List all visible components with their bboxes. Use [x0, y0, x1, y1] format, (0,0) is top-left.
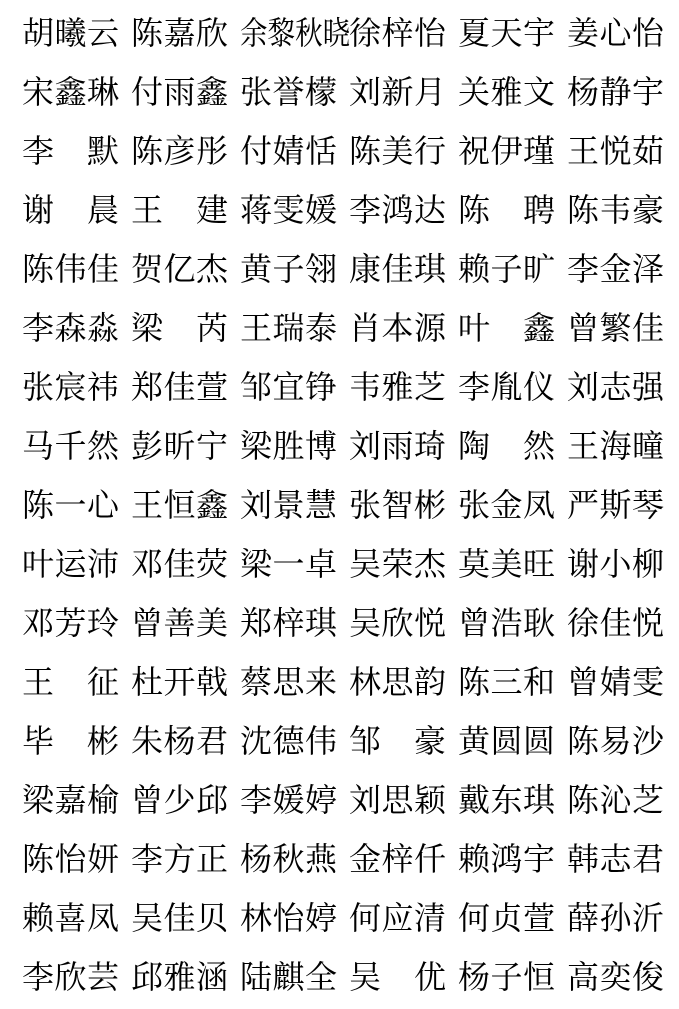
name-character: 鸿	[381, 194, 413, 226]
name-character: 少	[163, 784, 195, 816]
name-character: 彭	[131, 430, 163, 462]
name-character: 默	[87, 135, 119, 167]
name-character: 旺	[523, 548, 555, 580]
name-character: 陈	[458, 194, 490, 226]
name-cell: 莫美旺	[458, 548, 555, 580]
name-cell: 吴优	[349, 961, 446, 993]
name-cell: 朱杨君	[131, 725, 228, 757]
name-character: 张	[240, 76, 272, 108]
name-character: 茹	[632, 135, 664, 167]
name-character: 德	[272, 725, 304, 757]
name-character: 子	[490, 253, 522, 285]
name-character: 何	[349, 902, 381, 934]
name-character: 康	[349, 253, 381, 285]
name-cell: 邱雅涵	[131, 961, 228, 993]
name-character: 王	[131, 194, 163, 226]
name-character: 王	[567, 135, 599, 167]
name-character: 胤	[490, 371, 522, 403]
name-character: 金	[599, 253, 631, 285]
name-character: 金	[349, 843, 381, 875]
name-cell: 王悦茹	[567, 135, 664, 167]
name-character: 婧	[272, 135, 304, 167]
name-character: 韵	[414, 666, 446, 698]
name-character: 佳	[163, 371, 195, 403]
name-character: 邹	[349, 725, 381, 757]
name-character: 吴	[349, 607, 381, 639]
name-cell: 肖本源	[349, 312, 446, 344]
name-cell: 李鸿达	[349, 194, 446, 226]
name-character: 陈	[131, 135, 163, 167]
name-character: 李	[131, 843, 163, 875]
name-cell: 张智彬	[349, 489, 446, 521]
name-cell: 高奕俊	[567, 961, 664, 993]
name-character: 祝	[458, 135, 490, 167]
name-cell: 陈易沙	[567, 725, 664, 757]
name-cell: 李欣芸	[22, 961, 119, 993]
name-character: 晓	[323, 17, 351, 49]
name-character: 马	[22, 430, 54, 462]
name-character: 开	[163, 666, 195, 698]
name-character: 婧	[599, 666, 631, 698]
name-character: 梁	[131, 312, 163, 344]
name-cell: 杨静宇	[567, 76, 664, 108]
name-character: 佳	[163, 548, 195, 580]
name-cell: 陆麒全	[240, 961, 337, 993]
name-character: 曈	[632, 430, 664, 462]
name-character: 梁	[22, 784, 54, 816]
name-character: 誉	[272, 76, 304, 108]
name-character: 子	[272, 253, 304, 285]
name-character: 子	[490, 961, 522, 993]
name-cell: 吴荣杰	[349, 548, 446, 580]
name-cell: 张宸祎	[22, 371, 119, 403]
name-character: 佳	[632, 312, 664, 344]
name-character: 黄	[458, 725, 490, 757]
name-character: 思	[272, 666, 304, 698]
name-character: 李	[240, 784, 272, 816]
name-cell: 陈沁芝	[567, 784, 664, 816]
name-character: 陈	[458, 666, 490, 698]
name-cell: 陈伟佳	[22, 253, 119, 285]
name-cell: 徐佳悦	[567, 607, 664, 639]
name-cell: 赖喜凤	[22, 902, 119, 934]
name-character: 悦	[632, 607, 664, 639]
name-character: 怡	[414, 17, 446, 49]
name-character: 媛	[305, 194, 337, 226]
name-cell: 祝伊瑾	[458, 135, 555, 167]
name-character: 叶	[22, 548, 54, 580]
name-character: 赖	[458, 253, 490, 285]
name-character: 瑞	[272, 312, 304, 344]
name-character: 徐	[567, 607, 599, 639]
name-character: 怡	[272, 902, 304, 934]
name-character: 征	[87, 666, 119, 698]
name-character: 鑫	[523, 312, 555, 344]
name-character: 易	[599, 725, 631, 757]
name-character: 刘	[349, 784, 381, 816]
name-character: 小	[599, 548, 631, 580]
name-character: 邱	[196, 784, 228, 816]
name-character: 雯	[632, 666, 664, 698]
name-character: 王	[131, 489, 163, 521]
name-character: 张	[22, 371, 54, 403]
name-character: 沂	[632, 902, 664, 934]
name-character: 邓	[22, 607, 54, 639]
name-cell: 王海曈	[567, 430, 664, 462]
name-character: 鑫	[196, 76, 228, 108]
name-character: 李	[22, 312, 54, 344]
name-character: 黎	[268, 17, 296, 49]
name-cell: 李默	[22, 135, 119, 167]
name-character: 荣	[381, 548, 413, 580]
name-character: 李	[349, 194, 381, 226]
name-character: 李	[22, 961, 54, 993]
name-cell: 余黎秋晓	[240, 17, 350, 49]
name-cell: 杜开戟	[131, 666, 228, 698]
name-character: 邹	[240, 371, 272, 403]
name-character: 嘉	[54, 784, 86, 816]
name-character: 秋	[272, 843, 304, 875]
name-character: 芝	[632, 784, 664, 816]
name-character: 琪	[523, 784, 555, 816]
name-character: 梁	[240, 430, 272, 462]
name-cell: 陈彦彤	[131, 135, 228, 167]
name-character: 美	[381, 135, 413, 167]
name-cell: 陈美行	[349, 135, 446, 167]
name-character: 韦	[349, 371, 381, 403]
name-character: 怡	[54, 843, 86, 875]
name-character: 杨	[240, 843, 272, 875]
name-cell: 曾善美	[131, 607, 228, 639]
name-cell: 陈一心	[22, 489, 119, 521]
name-character: 檬	[305, 76, 337, 108]
name-cell: 梁胜博	[240, 430, 337, 462]
name-cell: 梁一卓	[240, 548, 337, 580]
name-character: 天	[490, 17, 522, 49]
name-cell: 刘志强	[567, 371, 664, 403]
name-cell: 李方正	[131, 843, 228, 875]
name-character: 谢	[567, 548, 599, 580]
name-character: 达	[414, 194, 446, 226]
name-character: 昕	[163, 430, 195, 462]
name-character: 莫	[458, 548, 490, 580]
name-character: 雨	[381, 430, 413, 462]
name-character: 郑	[240, 607, 272, 639]
name-character: 沁	[599, 784, 631, 816]
name-character: 柳	[632, 548, 664, 580]
name-character: 雅	[490, 76, 522, 108]
name-character: 金	[490, 489, 522, 521]
name-character: 梁	[240, 548, 272, 580]
name-cell: 邹豪	[349, 725, 446, 757]
name-character: 美	[196, 607, 228, 639]
name-cell: 谢小柳	[567, 548, 664, 580]
name-cell: 陈韦豪	[567, 194, 664, 226]
name-character: 君	[632, 843, 664, 875]
name-character: 宋	[22, 76, 54, 108]
name-character: 赖	[458, 843, 490, 875]
name-character: 思	[381, 666, 413, 698]
name-character: 梓	[272, 607, 304, 639]
name-character: 刘	[240, 489, 272, 521]
name-character: 陈	[131, 17, 163, 49]
name-character: 然	[87, 430, 119, 462]
name-character: 徐	[349, 17, 381, 49]
name-cell: 张金凤	[458, 489, 555, 521]
name-cell: 刘新月	[349, 76, 446, 108]
name-cell: 黄子翎	[240, 253, 337, 285]
name-character: 肖	[349, 312, 381, 344]
name-character: 燕	[305, 843, 337, 875]
name-cell: 曾婧雯	[567, 666, 664, 698]
name-character: 关	[458, 76, 490, 108]
name-character: 宁	[196, 430, 228, 462]
name-character: 颖	[414, 784, 446, 816]
name-cell: 王恒鑫	[131, 489, 228, 521]
name-cell: 梁芮	[131, 312, 228, 344]
name-cell: 付婧恬	[240, 135, 337, 167]
name-grid: 胡曦云陈嘉欣余黎秋晓徐梓怡夏天宇姜心怡宋鑫琳付雨鑫张誉檬刘新月关雅文杨静宇李默陈…	[0, 0, 679, 1006]
name-character: 欣	[54, 961, 86, 993]
name-cell: 严斯琴	[567, 489, 664, 521]
name-character: 欣	[381, 607, 413, 639]
name-character: 余	[240, 17, 268, 49]
name-character: 李	[22, 135, 54, 167]
name-cell: 马千然	[22, 430, 119, 462]
name-character: 杨	[567, 76, 599, 108]
name-cell: 刘雨琦	[349, 430, 446, 462]
name-cell: 康佳琪	[349, 253, 446, 285]
name-character: 梓	[381, 17, 413, 49]
name-character: 怡	[632, 17, 664, 49]
name-cell: 姜心怡	[567, 17, 664, 49]
name-character: 善	[163, 607, 195, 639]
name-character: 姜	[567, 17, 599, 49]
name-cell: 林怡婷	[240, 902, 337, 934]
name-character: 张	[349, 489, 381, 521]
name-character: 玲	[87, 607, 119, 639]
name-character: 斯	[599, 489, 631, 521]
name-cell: 王瑞泰	[240, 312, 337, 344]
name-character: 思	[381, 784, 413, 816]
name-character: 卓	[305, 548, 337, 580]
name-cell: 陈怡妍	[22, 843, 119, 875]
name-character: 志	[599, 371, 631, 403]
name-character: 鸿	[490, 843, 522, 875]
name-character: 云	[87, 17, 119, 49]
name-character: 欣	[196, 17, 228, 49]
name-character: 陈	[22, 253, 54, 285]
name-cell: 郑佳萱	[131, 371, 228, 403]
name-cell: 陶然	[458, 430, 555, 462]
name-cell: 沈德伟	[240, 725, 337, 757]
name-character: 宇	[523, 17, 555, 49]
name-cell: 胡曦云	[22, 17, 119, 49]
name-character: 月	[414, 76, 446, 108]
name-character: 浩	[490, 607, 522, 639]
name-character: 雅	[381, 371, 413, 403]
name-cell: 黄圆圆	[458, 725, 555, 757]
name-character: 志	[599, 843, 631, 875]
name-character: 雯	[272, 194, 304, 226]
name-character: 琦	[414, 430, 446, 462]
name-cell: 付雨鑫	[131, 76, 228, 108]
name-character: 方	[163, 843, 195, 875]
name-character: 佳	[381, 253, 413, 285]
name-character: 佳	[163, 902, 195, 934]
name-character: 静	[599, 76, 631, 108]
name-character: 俊	[632, 961, 664, 993]
name-character: 郑	[131, 371, 163, 403]
name-character: 仪	[523, 371, 555, 403]
name-character: 雨	[163, 76, 195, 108]
name-cell: 徐梓怡	[349, 17, 446, 49]
name-character: 本	[381, 312, 413, 344]
name-character: 彬	[87, 725, 119, 757]
name-list-document: 胡曦云陈嘉欣余黎秋晓徐梓怡夏天宇姜心怡宋鑫琳付雨鑫张誉檬刘新月关雅文杨静宇李默陈…	[0, 0, 679, 1006]
name-character: 正	[196, 843, 228, 875]
name-character: 运	[54, 548, 86, 580]
name-character: 应	[381, 902, 413, 934]
name-character: 彬	[414, 489, 446, 521]
name-character: 伟	[54, 253, 86, 285]
name-cell: 关雅文	[458, 76, 555, 108]
name-cell: 邹宜铮	[240, 371, 337, 403]
name-character: 东	[490, 784, 522, 816]
name-character: 泽	[632, 253, 664, 285]
name-cell: 韩志君	[567, 843, 664, 875]
name-cell: 薛孙沂	[567, 902, 664, 934]
name-character: 琴	[632, 489, 664, 521]
name-character: 刘	[567, 371, 599, 403]
name-cell: 张誉檬	[240, 76, 337, 108]
name-character: 心	[87, 489, 119, 521]
name-cell: 杨子恒	[458, 961, 555, 993]
name-character: 悦	[414, 607, 446, 639]
name-character: 旷	[523, 253, 555, 285]
name-character: 一	[272, 548, 304, 580]
name-cell: 何应清	[349, 902, 446, 934]
name-cell: 曾浩耿	[458, 607, 555, 639]
name-character: 铮	[305, 371, 337, 403]
name-character: 陈	[22, 489, 54, 521]
name-character: 陈	[22, 843, 54, 875]
name-character: 恒	[523, 961, 555, 993]
name-character: 榆	[87, 784, 119, 816]
name-character: 谢	[22, 194, 54, 226]
name-character: 佳	[87, 253, 119, 285]
name-cell: 陈聘	[458, 194, 555, 226]
name-cell: 李媛婷	[240, 784, 337, 816]
name-character: 凤	[87, 902, 119, 934]
name-character: 聘	[523, 194, 555, 226]
name-character: 秋	[295, 17, 323, 49]
name-character: 戟	[196, 666, 228, 698]
name-character: 蒋	[240, 194, 272, 226]
name-cell: 陈嘉欣	[131, 17, 228, 49]
name-character: 源	[414, 312, 446, 344]
name-cell: 吴欣悦	[349, 607, 446, 639]
name-character: 心	[599, 17, 631, 49]
name-cell: 曾少邱	[131, 784, 228, 816]
name-character: 刘	[349, 430, 381, 462]
name-cell: 李森淼	[22, 312, 119, 344]
name-character: 孙	[599, 902, 631, 934]
name-character: 严	[567, 489, 599, 521]
name-character: 宸	[54, 371, 86, 403]
name-character: 喜	[54, 902, 86, 934]
name-character: 琪	[305, 607, 337, 639]
name-character: 梓	[381, 843, 413, 875]
name-cell: 何贞萱	[458, 902, 555, 934]
name-character: 彦	[163, 135, 195, 167]
name-character: 亿	[163, 253, 195, 285]
name-character: 优	[414, 961, 446, 993]
name-cell: 李金泽	[567, 253, 664, 285]
name-character: 婷	[305, 902, 337, 934]
name-character: 妍	[87, 843, 119, 875]
name-cell: 金梓仟	[349, 843, 446, 875]
name-character: 芸	[87, 961, 119, 993]
name-character: 清	[414, 902, 446, 934]
name-character: 沙	[632, 725, 664, 757]
name-character: 鑫	[54, 76, 86, 108]
name-character: 婷	[305, 784, 337, 816]
name-character: 圆	[523, 725, 555, 757]
name-character: 慧	[305, 489, 337, 521]
name-character: 沛	[87, 548, 119, 580]
name-character: 然	[523, 430, 555, 462]
name-character: 恒	[163, 489, 195, 521]
name-cell: 彭昕宁	[131, 430, 228, 462]
name-character: 胜	[272, 430, 304, 462]
name-character: 荧	[196, 548, 228, 580]
name-character: 曾	[567, 312, 599, 344]
name-character: 芳	[54, 607, 86, 639]
name-character: 邓	[131, 548, 163, 580]
name-character: 吴	[131, 902, 163, 934]
name-character: 贝	[196, 902, 228, 934]
name-character: 凤	[523, 489, 555, 521]
name-character: 耿	[523, 607, 555, 639]
name-cell: 谢晨	[22, 194, 119, 226]
name-character: 美	[490, 548, 522, 580]
name-character: 景	[272, 489, 304, 521]
name-character: 蔡	[240, 666, 272, 698]
name-character: 贞	[490, 902, 522, 934]
name-cell: 陈三和	[458, 666, 555, 698]
name-cell: 林思韵	[349, 666, 446, 698]
name-character: 叶	[458, 312, 490, 344]
name-character: 淼	[87, 312, 119, 344]
name-character: 杜	[131, 666, 163, 698]
name-character: 君	[196, 725, 228, 757]
name-cell: 吴佳贝	[131, 902, 228, 934]
name-character: 陆	[240, 961, 272, 993]
name-character: 芮	[196, 312, 228, 344]
name-character: 韩	[567, 843, 599, 875]
name-character: 瑾	[523, 135, 555, 167]
name-character: 繁	[599, 312, 631, 344]
name-character: 陈	[567, 194, 599, 226]
name-character: 杨	[163, 725, 195, 757]
name-cell: 郑梓琪	[240, 607, 337, 639]
name-cell: 刘思颖	[349, 784, 446, 816]
name-cell: 韦雅芝	[349, 371, 446, 403]
name-character: 李	[567, 253, 599, 285]
name-cell: 叶鑫	[458, 312, 555, 344]
name-character: 海	[599, 430, 631, 462]
